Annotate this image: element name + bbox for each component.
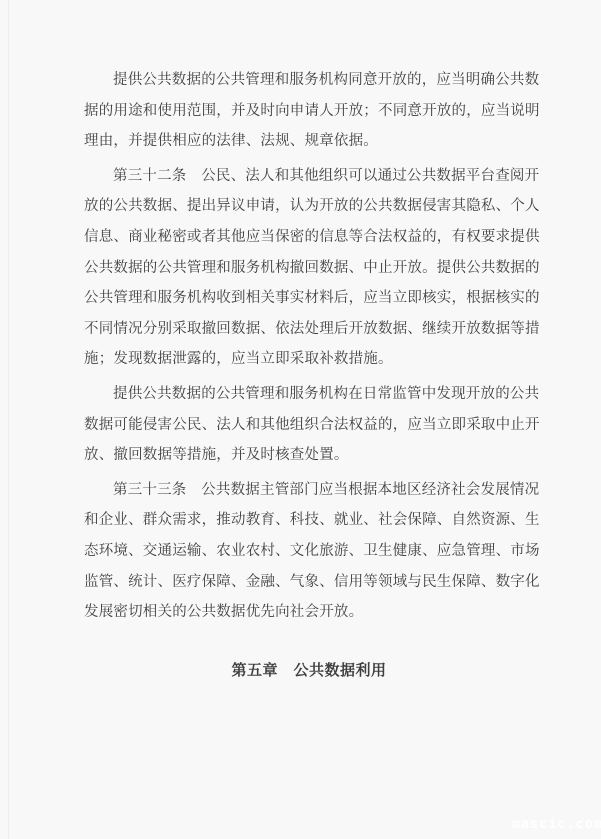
paragraph: 第三十二条 公民、法人和其他组织可以通过公共数据平台查阅开放的公共数据、提出异议… xyxy=(84,161,534,375)
text-line: 态环境、交通运输、农业农村、文化旅游、卫生健康、应急管理、市场 xyxy=(84,536,534,567)
text-line: 数据可能侵害公民、法人和其他组织合法权益的，应当立即采取中止开 xyxy=(84,410,534,441)
text-line: 不同情况分别采取撤回数据、依法处理后开放数据、继续开放数据等措 xyxy=(84,314,534,345)
text-line: 监管、统计、医疗保障、金融、气象、信用等领域与民生保障、数字化 xyxy=(84,567,534,598)
text-line: 和企业、群众需求，推动教育、科技、就业、社会保障、自然资源、生 xyxy=(84,505,534,536)
text-line: 公共管理和服务机构收到相关事实材料后，应当立即核实，根据核实的 xyxy=(84,283,534,314)
text-line: 第三十三条 公共数据主管部门应当根据本地区经济社会发展情况 xyxy=(84,475,534,506)
text-line: 放、撤回数据等措施，并及时核查处置。 xyxy=(84,440,534,471)
text-line: 信息、商业秘密或者其他应当保密的信息等合法权益的，有权要求提供 xyxy=(84,222,534,253)
text-line: 发展密切相关的公共数据优先向社会开放。 xyxy=(84,597,534,628)
paragraph: 提供公共数据的公共管理和服务机构同意开放的，应当明确公共数据的用途和使用范围，并… xyxy=(84,65,534,157)
paragraph: 第三十三条 公共数据主管部门应当根据本地区经济社会发展情况和企业、群众需求，推动… xyxy=(84,475,534,628)
paragraph: 提供公共数据的公共管理和服务机构在日常监管中发现开放的公共数据可能侵害公民、法人… xyxy=(84,379,534,471)
text-line: 据的用途和使用范围，并及时向申请人开放；不同意开放的，应当说明 xyxy=(84,96,534,127)
text-line: 放的公共数据、提出异议申请，认为开放的公共数据侵害其隐私、个人 xyxy=(84,191,534,222)
text-line: 公共数据的公共管理和服务机构撤回数据、中止开放。提供公共数据的 xyxy=(84,253,534,284)
document-paragraphs: 提供公共数据的公共管理和服务机构同意开放的，应当明确公共数据的用途和使用范围，并… xyxy=(84,65,534,628)
document-page: 提供公共数据的公共管理和服务机构同意开放的，应当明确公共数据的用途和使用范围，并… xyxy=(84,65,534,686)
chapter-heading: 第五章 公共数据利用 xyxy=(84,656,534,687)
text-line: 理由，并提供相应的法律、法规、规章依据。 xyxy=(84,126,534,157)
text-line: 第三十二条 公民、法人和其他组织可以通过公共数据平台查阅开 xyxy=(84,161,534,192)
page-left-edge xyxy=(8,0,9,839)
text-line: 施；发现数据泄露的，应当立即采取补救措施。 xyxy=(84,344,534,375)
text-line: 提供公共数据的公共管理和服务机构同意开放的，应当明确公共数 xyxy=(84,65,534,96)
text-line: 提供公共数据的公共管理和服务机构在日常监管中发现开放的公共 xyxy=(84,379,534,410)
watermark-text: mascic.com xyxy=(512,816,601,832)
